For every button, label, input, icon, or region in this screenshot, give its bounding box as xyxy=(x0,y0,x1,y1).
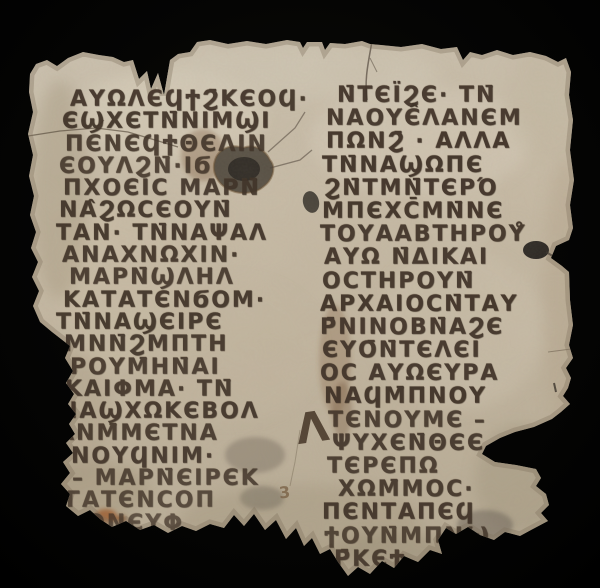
text-line: ΜΠЄΧC̄ΜΝ̄ΝЄ xyxy=(322,200,582,223)
text-line: ΠΧΟЄΙC ΜΑΡΝ̄ xyxy=(63,178,318,200)
text-line: ЄΟΥΛϨΝ̄·ΙϬ xyxy=(59,156,318,178)
text-line: ΤΑΝ· ΤΝ̄ΝΑΨΑΛ xyxy=(56,223,318,245)
text-line: ΤΝ̄ΝΑϢЄΙΡЄ xyxy=(56,312,318,334)
text-line: ΚΑΙΦΜΑ· ΤΝ̄ xyxy=(65,379,318,401)
text-line: ΑΥΩΛЄϤϮϨ̄ΚЄΟϤ· xyxy=(70,89,318,111)
manuscript-photo: ΑΥΩΛЄϤϮϨ̄ΚЄΟϤ·ЄϢΧЄΤΝ̄ΝΙΜϢΙΠЄΝЄϤϮΘЄΛΙΝЄΟΥ… xyxy=(0,0,600,588)
text-line: ΝΑϤΜ̄ΠΝΟΥ xyxy=(324,385,582,408)
text-line: ΑΝΑΧΝΩΧΙΝ· xyxy=(62,245,318,267)
marginal-initial: Λ xyxy=(293,401,332,454)
text-line: ΤΝ̄ΝΑϢΩΠЄ xyxy=(322,154,582,177)
text-line: ΝΑΟΥЄ̂ΛΑΝЄΜ xyxy=(326,107,582,130)
text-line: ΟC ΑΥΩЄΥΡΑ xyxy=(320,362,582,385)
text-line: ΠЄΝЄϤϮΘЄΛΙΝ xyxy=(65,134,318,156)
text-line: ΠΩΝϨ̄ · ΑΛΛΑ xyxy=(326,130,582,153)
text-line: ΟCΤΗΡΟΥΝ̄ xyxy=(322,270,582,293)
text-line: ЄΥΟ̄Ν̄ΤЄΛЄΙ xyxy=(322,339,582,362)
text-area: ΑΥΩΛЄϤϮϨ̄ΚЄΟϤ·ЄϢΧЄΤΝ̄ΝΙΜϢΙΠЄΝЄϤϮΘЄΛΙΝЄΟΥ… xyxy=(0,0,600,588)
text-column-left: ΑΥΩΛЄϤϮϨ̄ΚЄΟϤ·ЄϢΧЄΤΝ̄ΝΙΜϢΙΠЄΝЄϤϮΘЄΛΙΝЄΟΥ… xyxy=(56,89,318,535)
text-line: ΚΑΤΑΤЄΝϬΟΜ· xyxy=(63,290,318,312)
text-line: ϨΝ̄ΤΜΝ̄ΤЄΡΌ xyxy=(324,177,582,200)
text-line: Ν̄ΤЄΪϨЄ· ΤΝ̄ xyxy=(337,84,582,107)
text-line: ΑΥΩ Ν̄ΔΙΚΑΙ xyxy=(324,246,582,269)
text-line: ΑΡΧΑΙΟCΝ̄ΤΑΥ xyxy=(320,293,582,316)
text-line: Ρ̄ΝΙΝΟΒΝ̄ΑϨЄ xyxy=(320,316,582,339)
text-line: ΝΟΥϤΝΙΜ· xyxy=(71,446,318,468)
text-column-right: Ν̄ΤЄΪϨЄ· ΤΝ̄ΝΑΟΥЄ̂ΛΑΝЄΜΠΩΝϨ̄ · ΑΛΛΑΤΝ̄ΝΑ… xyxy=(320,84,582,571)
text-line: ЄϢΧЄΤΝ̄ΝΙΜϢΙ xyxy=(62,111,318,133)
text-line: ΑΝΜ̄ΜЄΤΝΑ xyxy=(57,423,318,445)
text-line: ΜΝΝ̄ϨΜΠΤΗ xyxy=(64,334,318,356)
text-line: ΜΑΡΝ̄ϢΛΗΛ xyxy=(69,267,318,289)
quire-mark: 3 xyxy=(278,482,291,502)
text-line: ΝΑ̂ϨΩCЄΟΥΝ̄ xyxy=(59,200,318,222)
text-line: ΤΟΥΑΑΒΤΗΡΟΥ̊ xyxy=(320,223,582,246)
text-line: ΝΑϢΧΩΚЄΒΟΛ xyxy=(59,401,318,423)
text-line: ΡΟΥΜ̄ΗΝ̄ΑΙ xyxy=(70,357,318,379)
